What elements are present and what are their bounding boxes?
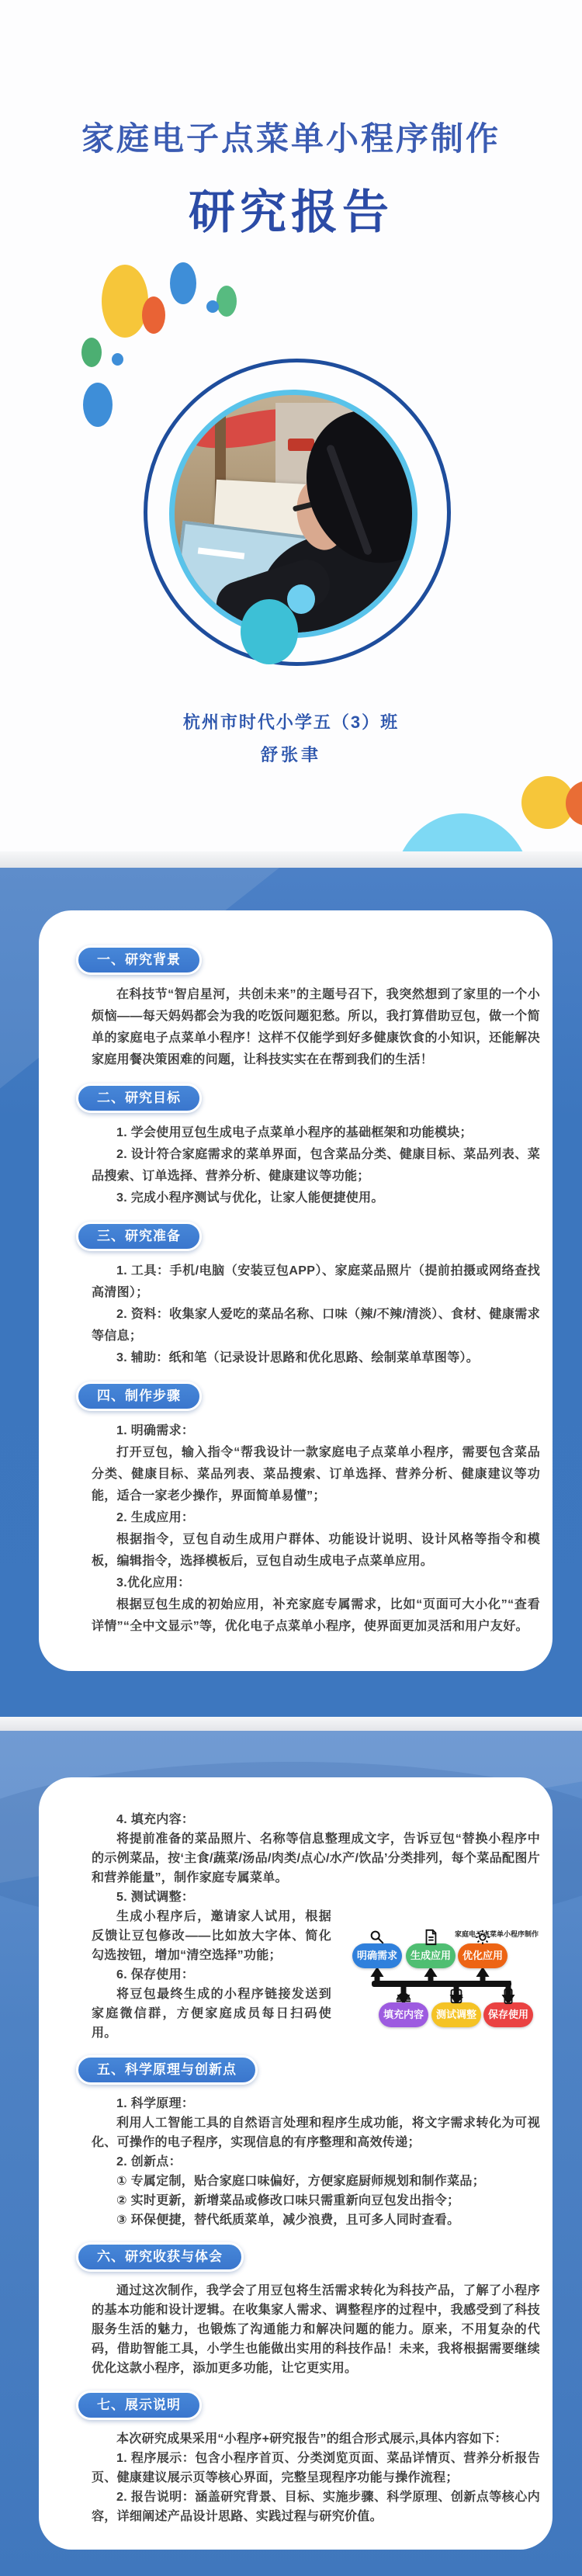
flowchart-step-label: 明确需求 bbox=[352, 1943, 402, 1968]
flowchart-step-label: 保存使用 bbox=[483, 2002, 533, 2027]
report-paragraph: 利用人工智能工具的自然语言处理和程序生成功能，将文字需求转化为可视化、可操作的电… bbox=[92, 2113, 540, 2152]
deco-circle-blue-left bbox=[83, 383, 113, 427]
report-paragraph: 本次研究成果采用“小程序+研究报告”的组合形式展示,具体内容如下： bbox=[92, 2429, 540, 2449]
flowchart-step-明确需求: 明确需求 bbox=[352, 1929, 402, 1968]
report-paragraph: ③ 环保便捷，替代纸质菜单，减少浪费，且可多人同时查看。 bbox=[92, 2210, 540, 2230]
blue-section-2: 4. 填充内容：将提前准备的菜品照片、名称等信息整理成文字，告诉豆包“替换小程序… bbox=[0, 1731, 582, 2576]
deco-circle-yellow bbox=[102, 265, 148, 338]
cloche-icon bbox=[379, 1988, 428, 2005]
section-badge: 二、研究目标 bbox=[76, 1083, 202, 1113]
flowchart-step-label: 优化应用 bbox=[458, 1943, 508, 1968]
flowchart-step-label: 测试调整 bbox=[431, 2002, 481, 2027]
deco-circle-lightblue-small bbox=[287, 584, 315, 614]
deco-circle-blue bbox=[170, 262, 196, 304]
school-name: 杭州市时代小学五（3）班 bbox=[0, 709, 582, 733]
report-paragraph: ① 专属定制，贴合家庭口味偏好，方便家庭厨师规划和制作菜品； bbox=[92, 2172, 540, 2191]
report-paragraph: 3.优化应用： bbox=[92, 1572, 540, 1594]
report-card-1: 一、研究背景在科技节“智启星河，共创未来”的主题号召下，我突然想到了家里的一个小… bbox=[39, 910, 553, 1671]
divider-strip-1 bbox=[0, 851, 582, 868]
report-paragraph: 5. 测试调整： bbox=[92, 1888, 540, 1907]
flowchart-step-优化应用: 优化应用 bbox=[458, 1929, 508, 1968]
deco-dome-lightblue bbox=[393, 813, 532, 851]
report-paragraph: 2. 创新点： bbox=[92, 2152, 540, 2172]
flowchart-step-填充内容: 填充内容 bbox=[379, 1988, 428, 2027]
section-badge: 一、研究背景 bbox=[76, 945, 202, 975]
report-paragraph: 2. 设计符合家庭需求的菜单界面，包含菜品分类、健康目标、菜品列表、菜品搜索、订… bbox=[92, 1144, 540, 1187]
flowchart-step-label: 填充内容 bbox=[379, 2002, 428, 2027]
section-badge: 五、科学原理与创新点 bbox=[76, 2055, 258, 2085]
report-paragraph: 根据豆包生成的初始应用，补充家庭专属需求，比如“页面可大小化”“查看详情”“全中… bbox=[92, 1594, 540, 1638]
report-paragraph: 3. 辅助：纸和笔（记录设计思路和优化思路、绘制菜单草图等）。 bbox=[92, 1347, 540, 1369]
poster-title: 家庭电子点菜单小程序制作 bbox=[0, 113, 582, 160]
report-paragraph: 3. 完成小程序测试与优化，让家人能便捷使用。 bbox=[92, 1187, 540, 1209]
document-icon bbox=[406, 1929, 456, 1946]
report-paragraph: 打开豆包，输入指令“帮我设计一款家庭电子点菜单小程序，需要包含菜品分类、健康目标… bbox=[92, 1442, 540, 1507]
report-paragraph: 1. 程序展示：包含小程序首页、分类浏览页面、菜品详情页、营养分析报告页、健康建… bbox=[92, 2449, 540, 2488]
divider-strip-2 bbox=[0, 1717, 582, 1731]
production-steps-flowchart: 家庭电子点菜单小程序制作明确需求生成应用优化应用填充内容测试调整保存使用 bbox=[342, 1921, 540, 2037]
photo-poster-red-text bbox=[288, 439, 314, 451]
report-paragraph: 通过这次制作，我学会了用豆包将生活需求转化为科技产品，了解了小程序的基本功能和设… bbox=[92, 2281, 540, 2378]
report-paragraph: ② 实时更新，新增菜品或修改口味只需重新向豆包发出指令； bbox=[92, 2191, 540, 2210]
report-paragraph: 1. 明确需求： bbox=[92, 1420, 540, 1442]
blue-section-1: 一、研究背景在科技节“智启星河，共创未来”的主题号召下，我突然想到了家里的一个小… bbox=[0, 868, 582, 1717]
flowchart-step-测试调整: 测试调整 bbox=[431, 1988, 481, 2027]
flowchart-step-生成应用: 生成应用 bbox=[406, 1929, 456, 1968]
section-badge: 七、展示说明 bbox=[76, 2391, 202, 2420]
section-badge: 三、研究准备 bbox=[76, 1222, 202, 1251]
deco-circle-green-left bbox=[81, 338, 102, 367]
report-paragraph: 2. 资料：收集家人爱吃的菜品名称、口味（辣/不辣/清淡）、食材、健康需求等信息… bbox=[92, 1304, 540, 1347]
report-card-2: 4. 填充内容：将提前准备的菜品照片、名称等信息整理成文字，告诉豆包“替换小程序… bbox=[39, 1777, 553, 2550]
research-report-poster: 家庭电子点菜单小程序制作 研究报告 bbox=[0, 0, 582, 2576]
memo-icon bbox=[431, 1988, 481, 2005]
section-badge: 四、制作步骤 bbox=[76, 1382, 202, 1411]
magnifier-icon bbox=[352, 1929, 402, 1946]
report-paragraph: 在科技节“智启星河，共创未来”的主题号召下，我突然想到了家里的一个小烦恼——每天… bbox=[92, 984, 540, 1071]
report-paragraph: 将提前准备的菜品照片、名称等信息整理成文字，告诉豆包“替换小程序中的示例菜品，按… bbox=[92, 1829, 540, 1888]
deco-circle-blue-tiny-left bbox=[112, 353, 123, 366]
student-name: 舒张聿 bbox=[0, 742, 582, 766]
section-badge: 六、研究收获与体会 bbox=[76, 2242, 244, 2272]
gear-icon bbox=[458, 1929, 508, 1946]
report-paragraph: 2. 生成应用： bbox=[92, 1507, 540, 1529]
report-paragraph: 1. 工具：手机/电脑（安装豆包APP）、家庭菜品照片（提前拍摄或网络查找高清图… bbox=[92, 1260, 540, 1304]
phone-icon bbox=[483, 1988, 533, 2005]
deco-circle-orange bbox=[142, 296, 165, 334]
report-paragraph: 根据指令，豆包自动生成用户群体、功能设计说明、设计风格等指令和模板，编辑指令，选… bbox=[92, 1529, 540, 1572]
report-paragraph: 2. 报告说明：涵盖研究背景、目标、实施步骤、科学原理、创新点等核心内容，详细阐… bbox=[92, 2488, 540, 2526]
deco-circle-teal bbox=[241, 599, 298, 664]
report-paragraph: 1. 科学原理： bbox=[92, 2094, 540, 2113]
flowchart-step-label: 生成应用 bbox=[406, 1943, 456, 1968]
poster-subtitle: 研究报告 bbox=[0, 175, 582, 242]
hero-section: 家庭电子点菜单小程序制作 研究报告 bbox=[0, 0, 582, 851]
report-paragraph: 1. 学会使用豆包生成电子点菜单小程序的基础框架和功能模块； bbox=[92, 1122, 540, 1144]
deco-circle-blue-small bbox=[206, 300, 219, 313]
report-paragraph: 4. 填充内容： bbox=[92, 1810, 540, 1829]
flowchart-step-保存使用: 保存使用 bbox=[483, 1988, 533, 2027]
deco-circle-green bbox=[217, 286, 237, 317]
